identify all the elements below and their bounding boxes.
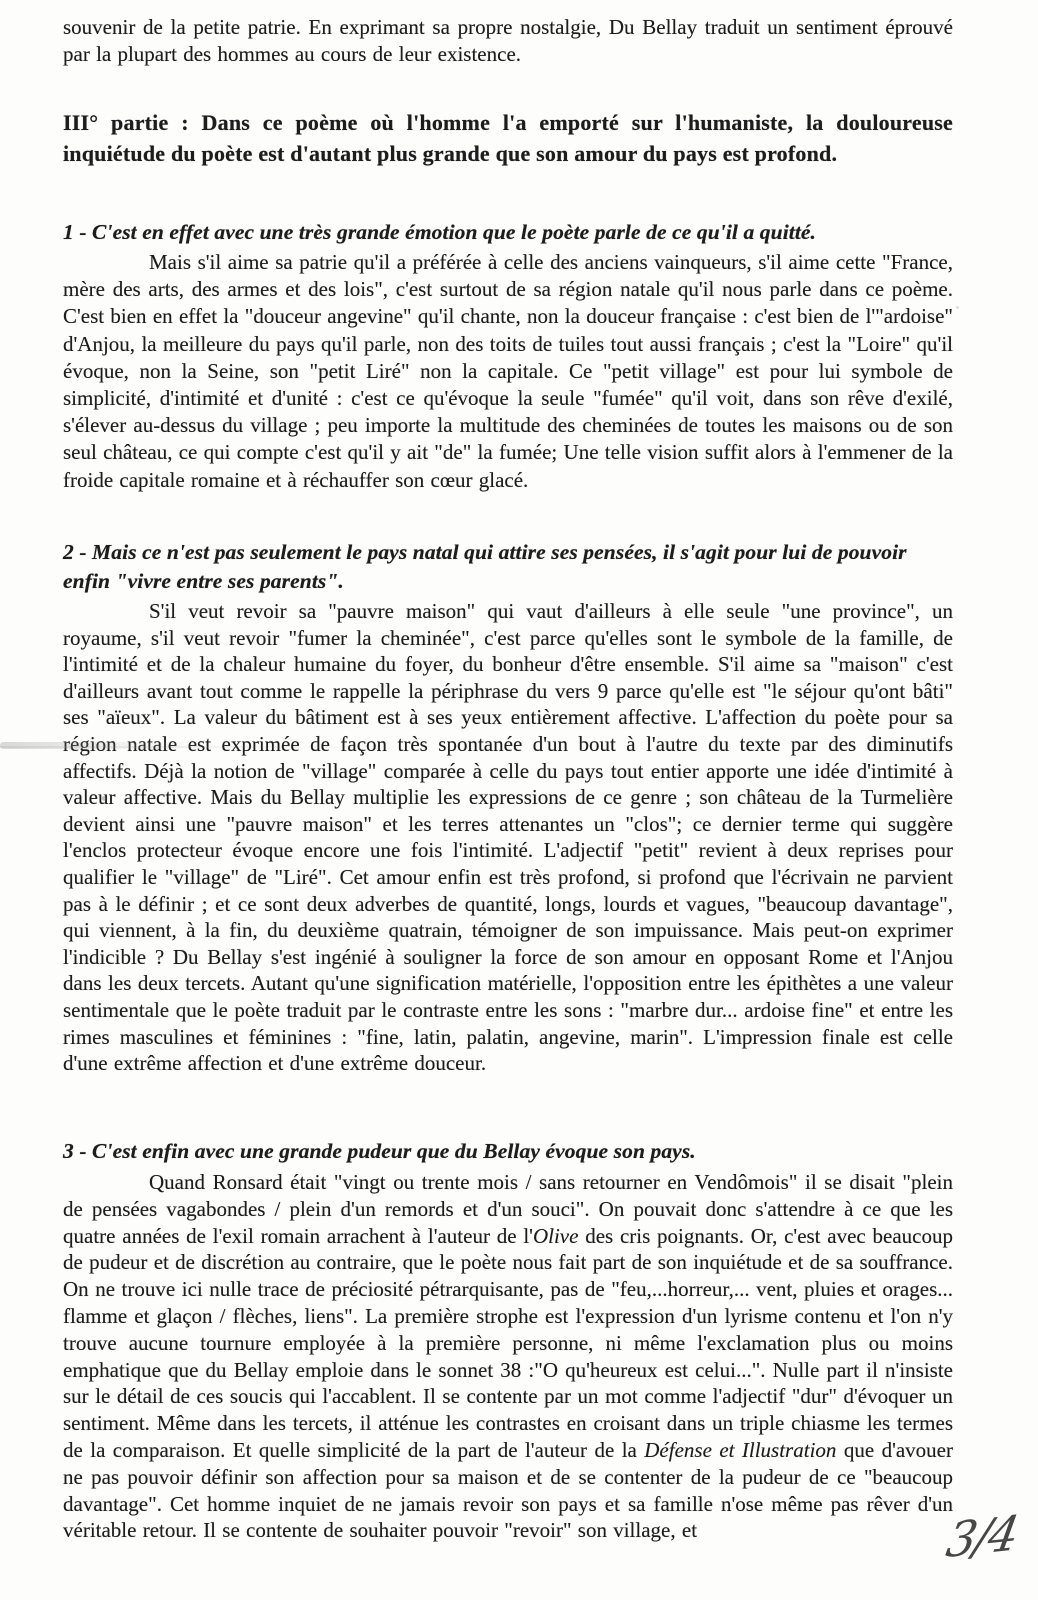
section-3-heading: 3 - C'est enfin avec une grande pudeur q…	[63, 1137, 953, 1166]
section-2-paragraph: S'il veut revoir sa "pauvre maison" qui …	[63, 598, 953, 1077]
section-2-heading: 2 - Mais ce n'est pas seulement le pays …	[63, 538, 953, 596]
section-3-paragraph: Quand Ronsard était "vingt ou trente moi…	[63, 1169, 953, 1544]
section-1-paragraph: Mais s'il aime sa patrie qu'il a préféré…	[63, 249, 953, 494]
scan-crease-artifact-faint	[0, 746, 430, 748]
scan-speck	[102, 796, 106, 801]
section-1-heading: 1 - C'est en effet avec une très grande …	[63, 218, 953, 247]
continuation-paragraph: souvenir de la petite patrie. En exprima…	[63, 14, 953, 68]
handwritten-page-number: 3/4	[942, 1506, 1021, 1570]
italic-title-olive: Olive	[533, 1224, 578, 1248]
part-heading: III° partie : Dans ce poème où l'homme l…	[63, 107, 953, 169]
scanned-document-page: souvenir de la petite patrie. En exprima…	[0, 0, 1038, 1600]
section-3-text-run: des cris poignants. Or, c'est avec beauc…	[63, 1224, 953, 1462]
scan-speck	[956, 306, 959, 309]
italic-title-defense: Défense et Illustration	[644, 1438, 836, 1462]
